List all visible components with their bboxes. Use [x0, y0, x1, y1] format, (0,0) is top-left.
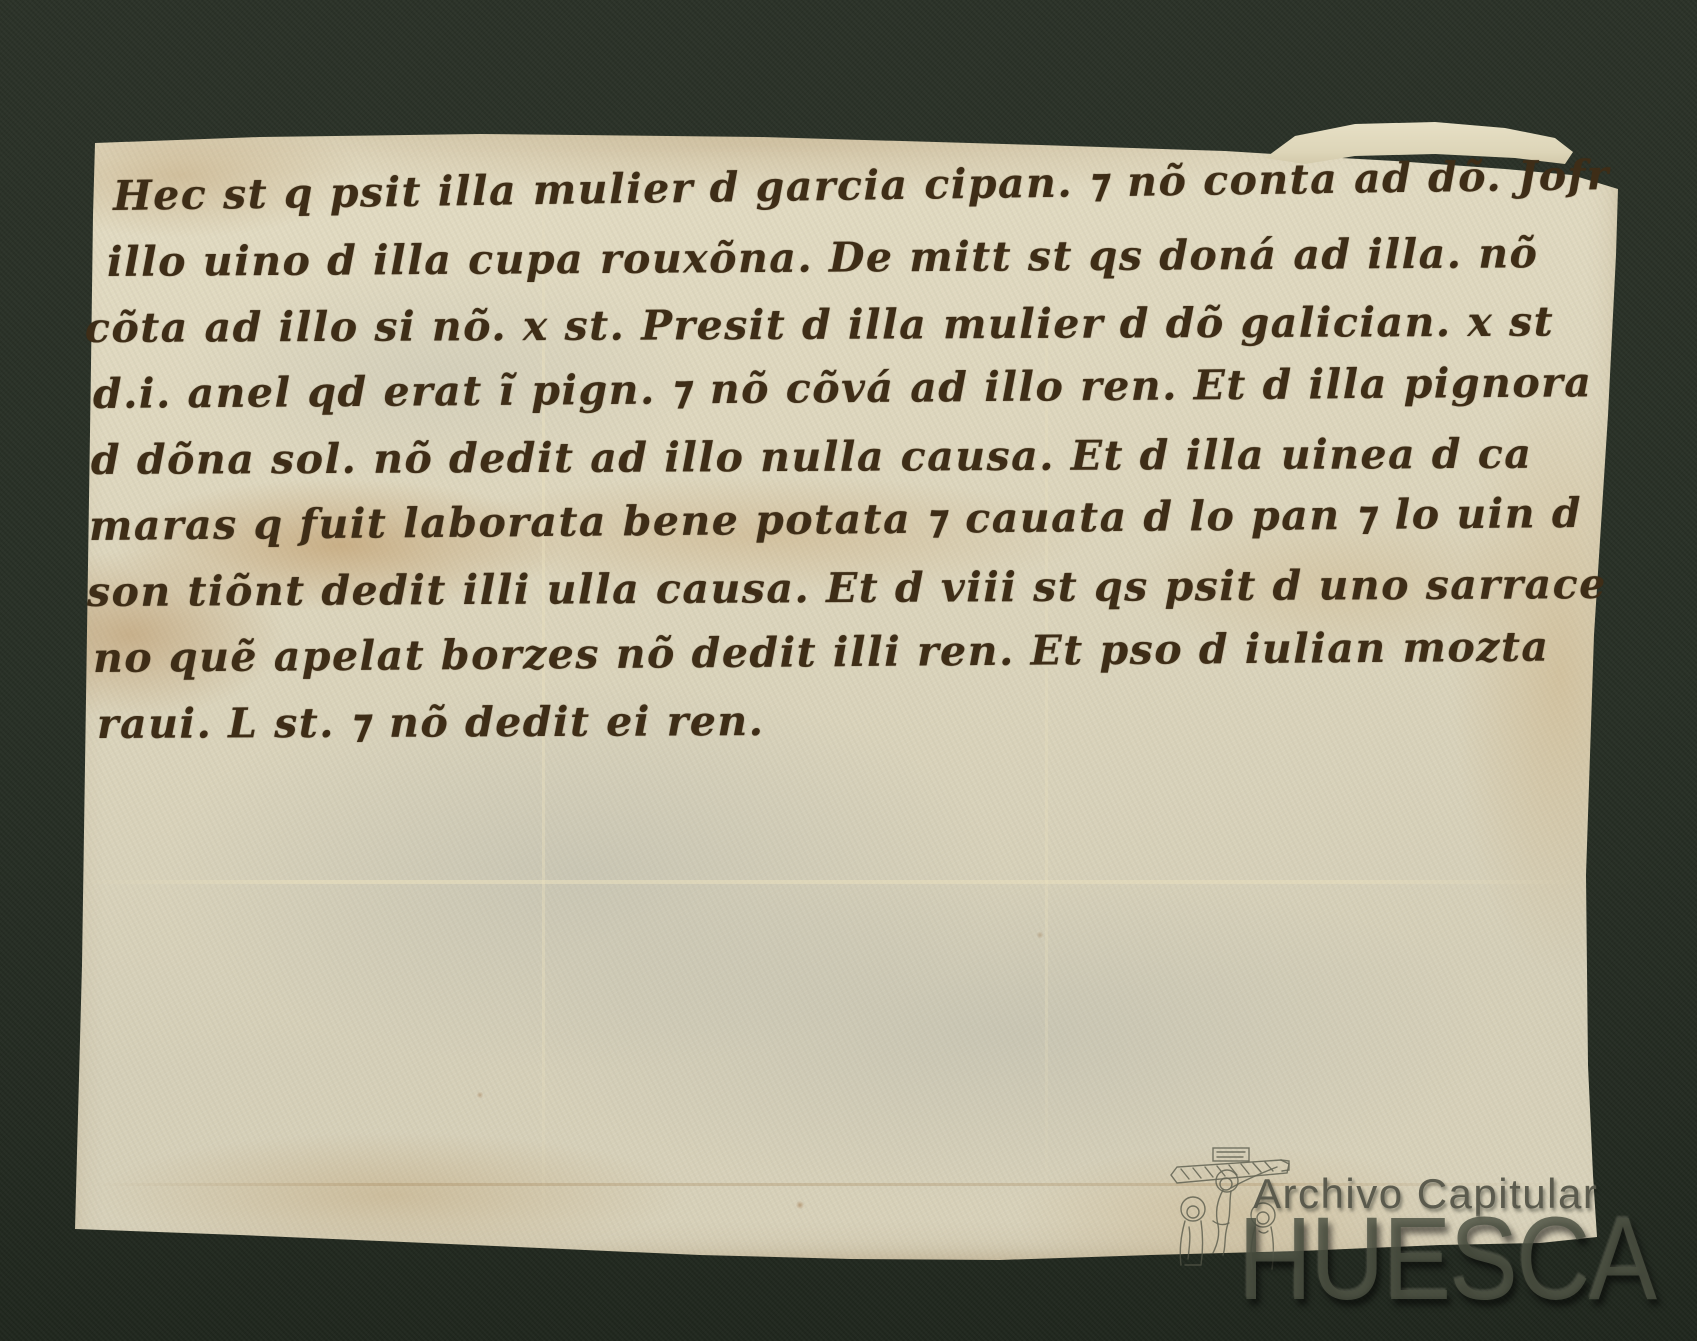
photograph: Hec st q psit illa mulier d garcia cipan…: [0, 0, 1697, 1341]
manuscript-line-7: son tiõnt dedit illi ulla causa. Et d vi…: [87, 551, 1585, 625]
manuscript-line-4: d.i. anel qd erat ĩ pign. ⁊ nõ cõvá ad i…: [93, 349, 1585, 427]
manuscript-line-8: no quẽ apelat borzes nõ dedit illi ren. …: [93, 613, 1585, 691]
horizontal-fold-crease: [80, 880, 1580, 884]
manuscript-line-9: raui. L st. ⁊ nõ dedit ei ren.: [97, 685, 1585, 757]
manuscript-line-6: maras q fuit laborata bene potata ⁊ caua…: [89, 480, 1586, 559]
manuscript-line-2: illo uino d illa cupa rouxõna. De mitt s…: [107, 220, 1585, 295]
manuscript-text-block: Hec st q psit illa mulier d garcia cipan…: [105, 163, 1585, 757]
watermark-city-name: HUESCA: [1238, 1200, 1655, 1318]
